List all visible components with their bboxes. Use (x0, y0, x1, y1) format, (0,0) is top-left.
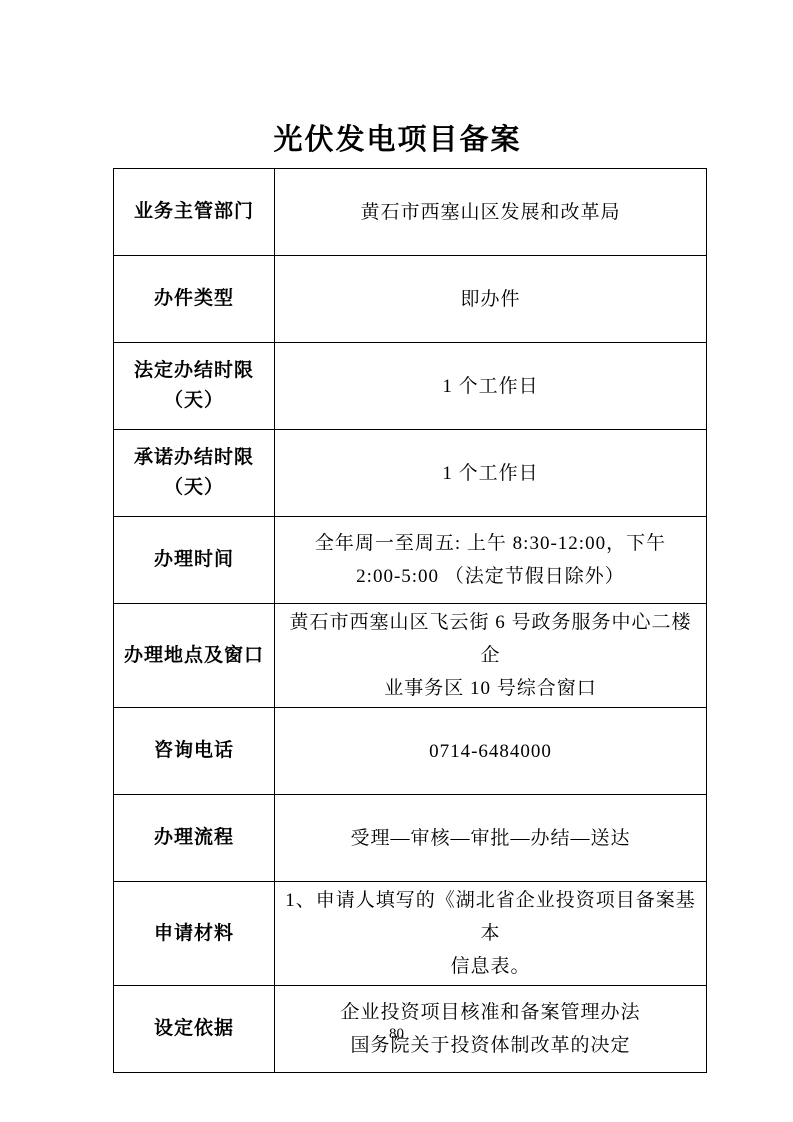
row-value: 受理—审核—审批—办结—送达 (275, 795, 707, 882)
table-row: 办理流程 受理—审核—审批—办结—送达 (114, 795, 707, 882)
document-page: 光伏发电项目备案 业务主管部门 黄石市西塞山区发展和改革局 办件类型 即办件 法… (0, 0, 793, 1122)
service-info-table: 业务主管部门 黄石市西塞山区发展和改革局 办件类型 即办件 法定办结时限 （天）… (113, 168, 707, 1073)
table-row: 申请材料 1、申请人填写的《湖北省企业投资项目备案基本 信息表。 (114, 882, 707, 986)
table-row: 办理时间 全年周一至周五: 上午 8:30-12:00，下午 2:00-5:00… (114, 517, 707, 604)
row-label: 办件类型 (114, 256, 275, 343)
page-number: 80 (0, 1026, 793, 1043)
row-label: 承诺办结时限 （天） (114, 430, 275, 517)
page-title: 光伏发电项目备案 (113, 120, 682, 160)
row-label: 办理流程 (114, 795, 275, 882)
row-value: 黄石市西塞山区发展和改革局 (275, 169, 707, 256)
table-row: 承诺办结时限 （天） 1 个工作日 (114, 430, 707, 517)
row-label: 咨询电话 (114, 708, 275, 795)
row-value: 全年周一至周五: 上午 8:30-12:00，下午 2:00-5:00 （法定节… (275, 517, 707, 604)
row-value: 黄石市西塞山区飞云街 6 号政务服务中心二楼企 业事务区 10 号综合窗口 (275, 604, 707, 708)
table-row: 业务主管部门 黄石市西塞山区发展和改革局 (114, 169, 707, 256)
table-row: 办理地点及窗口 黄石市西塞山区飞云街 6 号政务服务中心二楼企 业事务区 10 … (114, 604, 707, 708)
row-value: 1 个工作日 (275, 343, 707, 430)
row-value: 0714-6484000 (275, 708, 707, 795)
row-label: 法定办结时限 （天） (114, 343, 275, 430)
row-label: 办理地点及窗口 (114, 604, 275, 708)
row-value: 1、申请人填写的《湖北省企业投资项目备案基本 信息表。 (275, 882, 707, 986)
row-label: 办理时间 (114, 517, 275, 604)
table-row: 办件类型 即办件 (114, 256, 707, 343)
table-row: 咨询电话 0714-6484000 (114, 708, 707, 795)
table-row: 法定办结时限 （天） 1 个工作日 (114, 343, 707, 430)
row-label: 申请材料 (114, 882, 275, 986)
row-value: 即办件 (275, 256, 707, 343)
row-value: 1 个工作日 (275, 430, 707, 517)
row-label: 业务主管部门 (114, 169, 275, 256)
